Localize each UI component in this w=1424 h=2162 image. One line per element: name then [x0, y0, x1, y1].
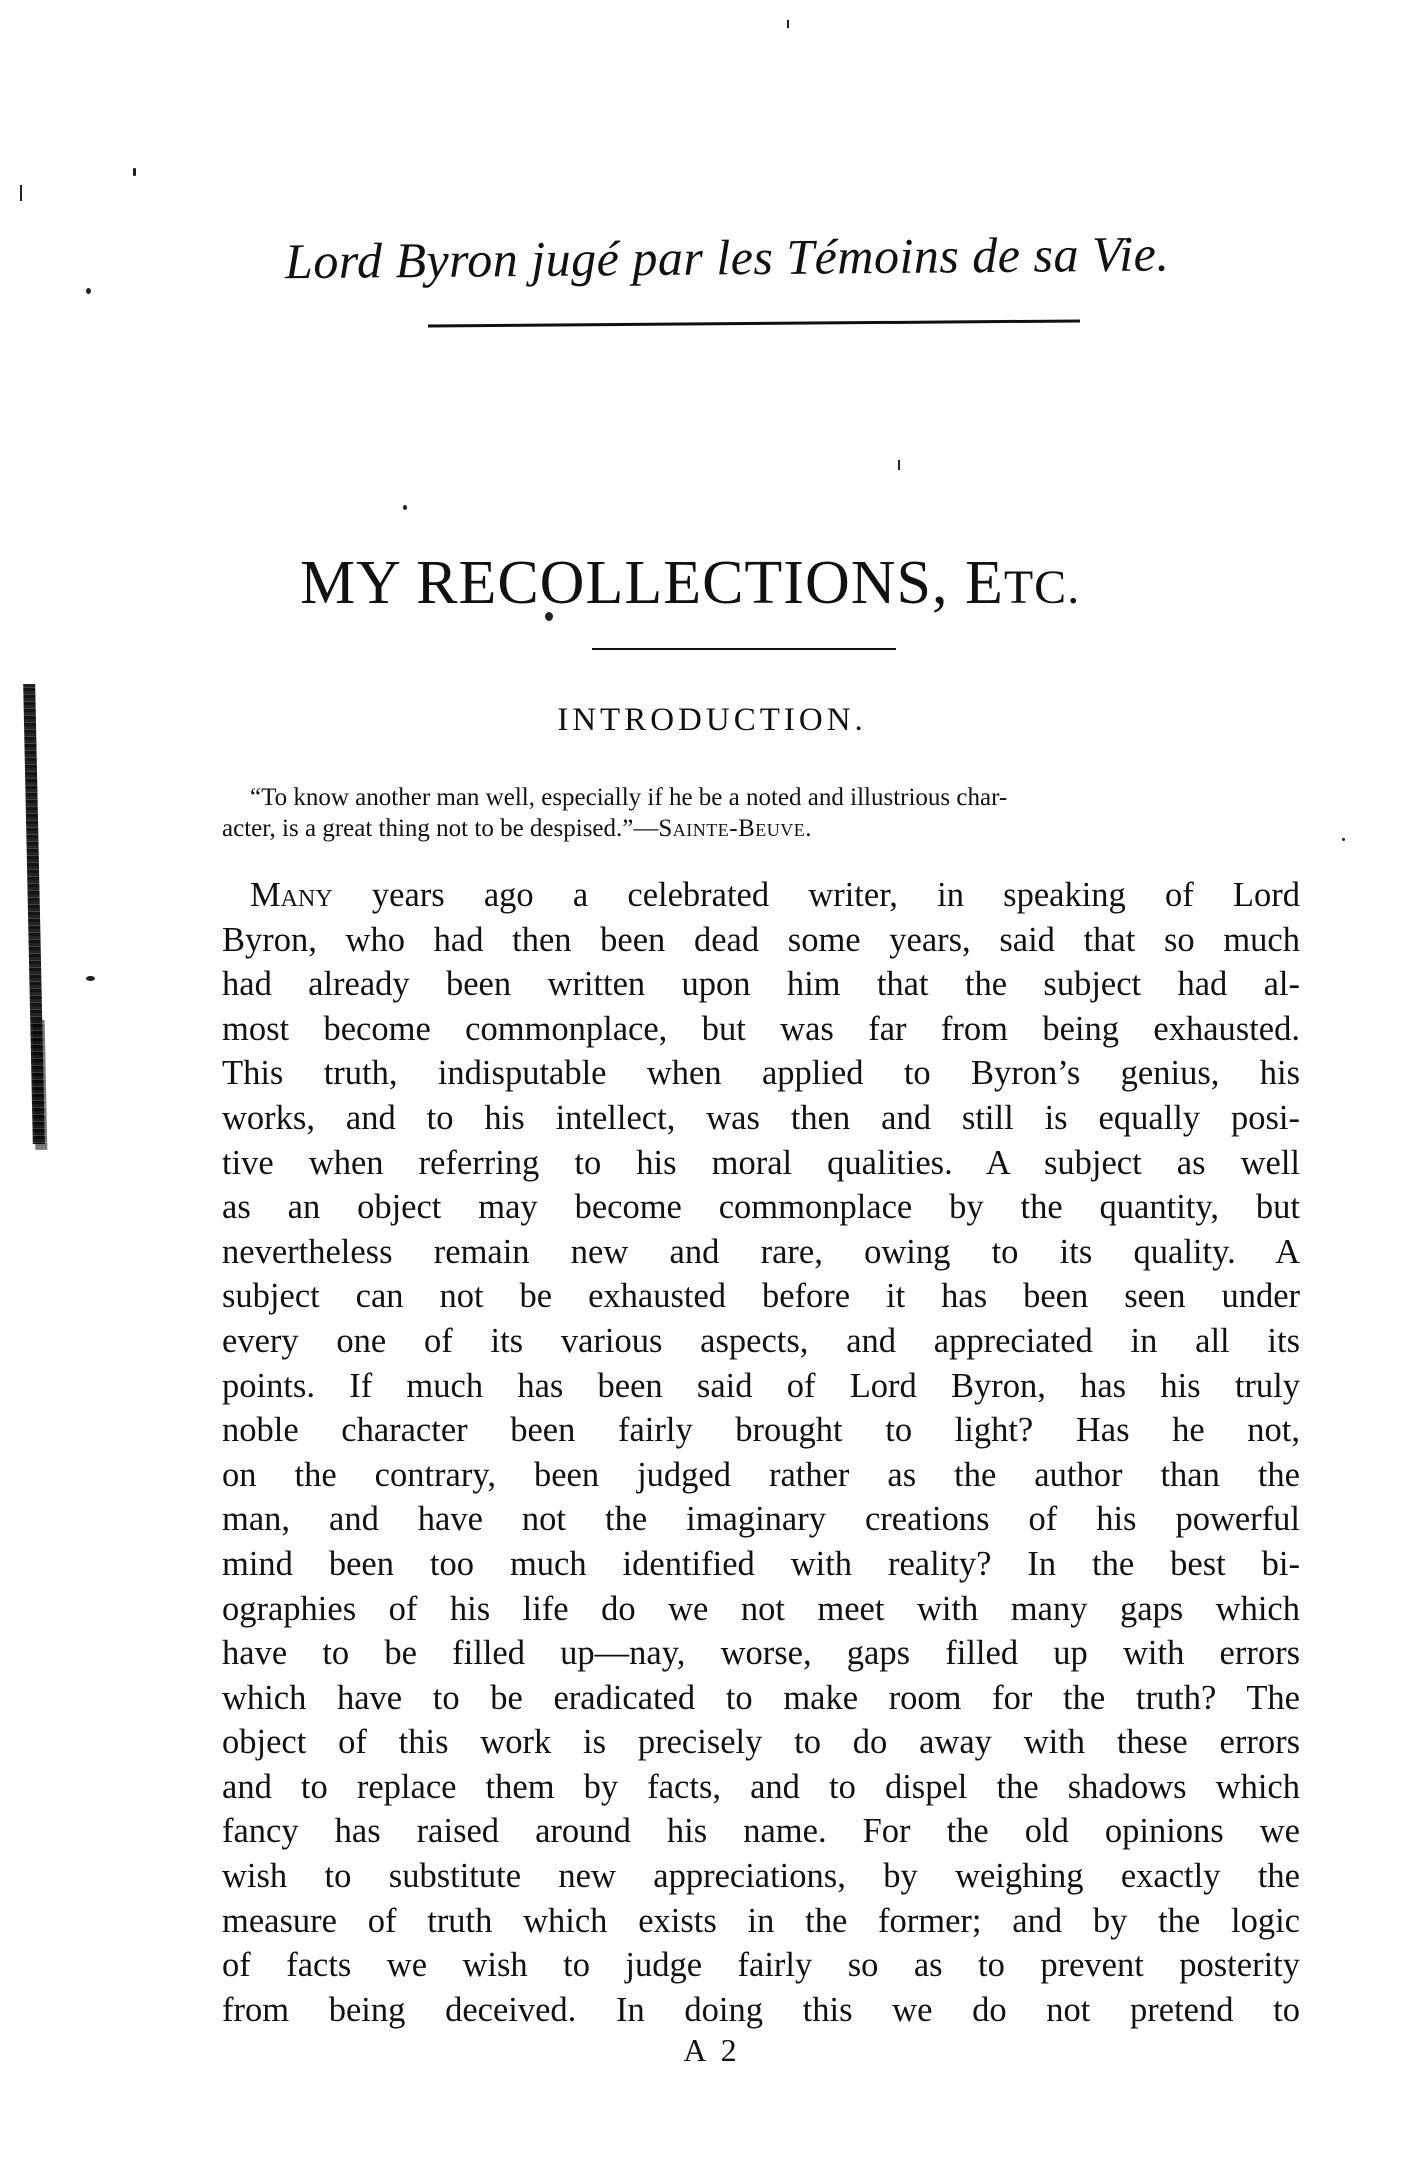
body-line: tive when referring to his moral qualiti…: [222, 1141, 1300, 1186]
opening-word: Many: [250, 876, 333, 914]
body-line: man, and have not the imaginary creation…: [222, 1497, 1300, 1542]
main-title-smallcaps: TC.: [1004, 561, 1080, 614]
title-rule: [428, 319, 1080, 327]
body-line: noble character been fairly brought to l…: [222, 1408, 1300, 1453]
body-line: works, and to his intellect, was then an…: [222, 1096, 1300, 1141]
body-line: which have to be eradicated to make room…: [222, 1676, 1300, 1721]
body-line: have to be filled up—nay, worse, gaps fi…: [222, 1631, 1300, 1676]
body-line: measure of truth which exists in the for…: [222, 1899, 1300, 1944]
body-line-text: years ago a celebrated writer, in speaki…: [333, 876, 1300, 914]
scan-speck: [1342, 838, 1345, 841]
book-page: Lord Byron jugé par les Témoins de sa Vi…: [0, 0, 1424, 2162]
body-line: of facts we wish to judge fairly so as t…: [222, 1943, 1300, 1988]
scan-speck: [898, 460, 900, 470]
body-line: as an object may become commonplace by t…: [222, 1185, 1300, 1230]
body-line: every one of its various aspects, and ap…: [222, 1319, 1300, 1364]
signature-mark: A 2: [0, 2032, 1424, 2069]
scan-speck: [403, 505, 407, 510]
epigraph-line-2: acter, is a great thing not to be despis…: [222, 815, 658, 842]
body-line: most become commonplace, but was far fro…: [222, 1007, 1300, 1052]
scan-speck: [545, 612, 553, 621]
section-heading: INTRODUCTION.: [0, 702, 1424, 739]
scan-speck: [86, 288, 91, 294]
body-line: Many years ago a celebrated writer, in s…: [222, 873, 1300, 918]
body-line: on the contrary, been judged rather as t…: [222, 1453, 1300, 1498]
body-line: This truth, indisputable when applied to…: [222, 1051, 1300, 1096]
main-title-text: MY RECOLLECTIONS, E: [300, 549, 1004, 617]
scan-speck: [20, 185, 22, 201]
body-line: and to replace them by facts, and to dis…: [222, 1765, 1300, 1810]
body-line: wish to substitute new appreciations, by…: [222, 1854, 1300, 1899]
body-line: Byron, who had then been dead some years…: [222, 918, 1300, 963]
body-line: points. If much has been said of Lord By…: [222, 1364, 1300, 1409]
body-line: nevertheless remain new and rare, owing …: [222, 1230, 1300, 1275]
scan-speck: [787, 20, 789, 28]
scan-speck: [86, 976, 95, 981]
main-title: MY RECOLLECTIONS, ETC.: [300, 548, 1220, 619]
epigraph-line-1: “To know another man well, especially if…: [222, 782, 1302, 813]
body-line: ographies of his life do we not meet wit…: [222, 1587, 1300, 1632]
body-paragraph: Many years ago a celebrated writer, in s…: [222, 873, 1300, 2032]
main-title-rule: [592, 648, 896, 650]
body-line: had already been written upon him that t…: [222, 962, 1300, 1007]
scan-speck: [133, 168, 136, 176]
body-line: fancy has raised around his name. For th…: [222, 1809, 1300, 1854]
body-line: subject can not be exhausted before it h…: [222, 1274, 1300, 1319]
epigraph: “To know another man well, especially if…: [222, 782, 1302, 844]
running-title: Lord Byron jugé par les Témoins de sa Vi…: [285, 224, 1245, 290]
body-line: object of this work is precisely to do a…: [222, 1720, 1300, 1765]
binding-shadow-lower: [33, 1020, 48, 1150]
body-line: from being deceived. In doing this we do…: [222, 1988, 1300, 2033]
body-line: mind been too much identified with reali…: [222, 1542, 1300, 1587]
epigraph-attribution: Sainte-Beuve.: [658, 815, 812, 842]
